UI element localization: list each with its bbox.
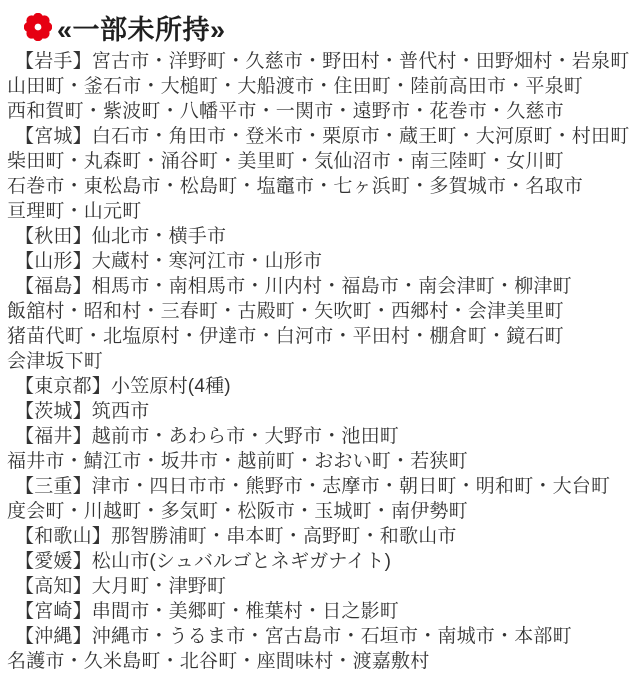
text-line-iwate: 【岩手】宮古市・洋野町・久慈市・野田村・普代村・田野畑村・岩泉町	[7, 49, 636, 74]
text-line-okinawa: 【沖縄】沖縄市・うるま市・宮古島市・石垣市・南城市・本部町	[7, 624, 636, 649]
text-line-miyazaki: 【宮崎】串間市・美郷町・椎葉村・日之影町	[7, 599, 636, 624]
text-line: 福井市・鯖江市・坂井市・越前町・おおい町・若狭町	[7, 449, 636, 474]
text-line-tokyo: 【東京都】小笠原村(4種)	[7, 374, 636, 399]
text-line-wakayama: 【和歌山】那智勝浦町・串本町・高野町・和歌山市	[7, 524, 636, 549]
red-flower-icon	[24, 13, 52, 41]
text-line-miyagi: 【宮城】白石市・角田市・登米市・栗原市・蔵王町・大河原町・村田町	[7, 124, 636, 149]
text-line: 会津坂下町	[7, 349, 636, 374]
page: «一部未所持» 【岩手】宮古市・洋野町・久慈市・野田村・普代村・田野畑村・岩泉町…	[0, 0, 640, 674]
text-line: 西和賀町・紫波町・八幡平市・一関市・遠野市・花巻市・久慈市	[7, 99, 636, 124]
text-line: 猪苗代町・北塩原村・伊達市・白河市・平田村・棚倉町・鏡石町	[7, 324, 636, 349]
text-line-akita: 【秋田】仙北市・横手市	[7, 224, 636, 249]
page-header: «一部未所持»	[24, 10, 636, 44]
text-line-fukui: 【福井】越前市・あわら市・大野市・池田町	[7, 424, 636, 449]
text-line-fukushima: 【福島】相馬市・南相馬市・川内村・福島市・南会津町・柳津町	[7, 274, 636, 299]
text-line-ibaraki: 【茨城】筑西市	[7, 399, 636, 424]
text-line: 飯舘村・昭和村・三春町・古殿町・矢吹町・西郷村・会津美里町	[7, 299, 636, 324]
text-line: 石巻市・東松島市・松島町・塩竈市・七ヶ浜町・多賀城市・名取市	[7, 174, 636, 199]
text-line: 柴田町・丸森町・涌谷町・美里町・気仙沼市・南三陸町・女川町	[7, 149, 636, 174]
text-line: 亘理町・山元町	[7, 199, 636, 224]
text-line: 度会町・川越町・多気町・松阪市・玉城町・南伊勢町	[7, 499, 636, 524]
text-line-kochi: 【高知】大月町・津野町	[7, 574, 636, 599]
text-line: 名護市・久米島町・北谷町・座間味村・渡嘉敷村	[7, 649, 636, 674]
text-line-mie: 【三重】津市・四日市市・熊野市・志摩市・朝日町・明和町・大台町	[7, 474, 636, 499]
municipality-list: 【岩手】宮古市・洋野町・久慈市・野田村・普代村・田野畑村・岩泉町 山田町・釜石市…	[7, 49, 636, 674]
text-line-ehime: 【愛媛】松山市(シュバルゴとネギガナイト)	[7, 549, 636, 574]
text-line-yamagata: 【山形】大蔵村・寒河江市・山形市	[7, 249, 636, 274]
page-title: «一部未所持»	[57, 8, 226, 47]
text-line: 山田町・釜石市・大槌町・大船渡市・住田町・陸前高田市・平泉町	[7, 74, 636, 99]
